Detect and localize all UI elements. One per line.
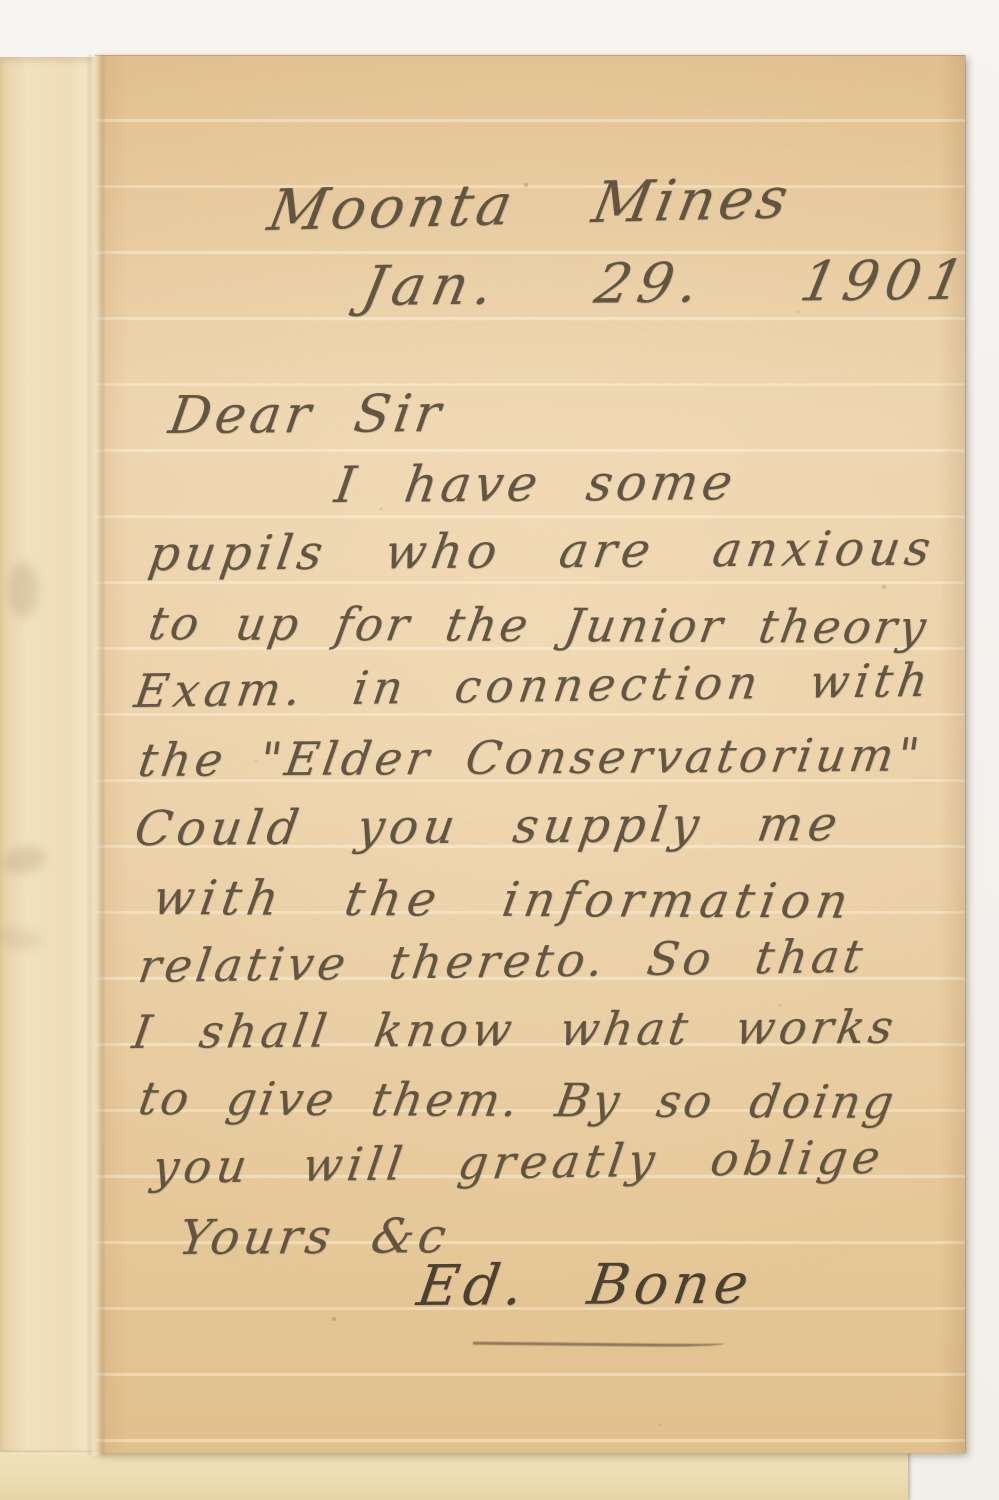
letter-body-line: you will greatly oblige (149, 1130, 889, 1194)
letter-date: Jan. 29. 1901 (357, 248, 976, 318)
letter-closing: Yours &c (175, 1208, 454, 1266)
letter-page: Moonta Mines Jan. 29. 1901 Dear Sir I ha… (95, 55, 965, 1453)
letter-body-line: pupils who are anxious (145, 521, 939, 582)
letter-body-line: the "Elder Conservatorium" (135, 728, 927, 787)
letter-body-line: to up for the Junior theory (145, 596, 933, 654)
scanned-letter: Moonta Mines Jan. 29. 1901 Dear Sir I ha… (0, 0, 999, 1500)
signature-underline (473, 1341, 725, 1348)
letter-salutation: Dear Sir (165, 384, 448, 446)
left-fold-panel (0, 57, 97, 1455)
fold-crease (88, 55, 104, 1455)
letter-signature: Ed. Bone (413, 1252, 758, 1319)
letter-body-line: Could you supply me (131, 796, 846, 857)
letter-body-line: with the information (149, 870, 858, 930)
ghost-mark (0, 924, 43, 953)
letter-body-line: relative thereto. So that (135, 929, 870, 993)
letter-place: Moonta Mines (263, 165, 797, 244)
letter-body-line: I shall know what works (129, 1000, 901, 1059)
letter-opening-line: I have some (331, 453, 740, 514)
under-sheet-edge (0, 1452, 908, 1500)
letter-body-line: Exam. in connection with (131, 653, 936, 718)
ghost-mark (0, 843, 48, 878)
letter-body-line: to give them. By so doing (135, 1071, 900, 1129)
ghost-mark (8, 562, 38, 618)
